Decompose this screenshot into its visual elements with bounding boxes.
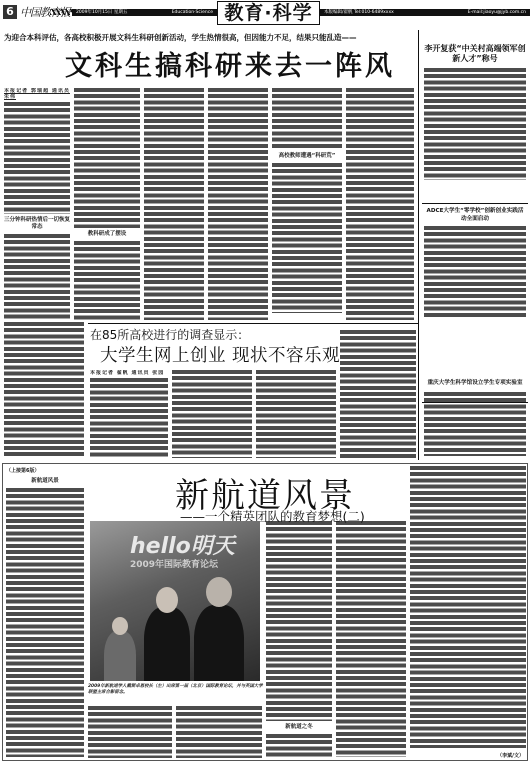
- survey-kicker: 在85所高校进行的调查显示：: [90, 326, 249, 343]
- body-text: [346, 88, 414, 320]
- feature-column-1: 新航道风景: [6, 475, 84, 757]
- survey-column-3: [256, 370, 336, 458]
- lead-column-4: [208, 88, 268, 320]
- photo-figure-right-man: [194, 605, 244, 681]
- editor-phone: 本版编辑/翟帆 Tel:010-6489xxxx: [324, 10, 394, 15]
- body-text: [424, 68, 526, 180]
- photo-head: [206, 577, 232, 607]
- survey-column-4: [340, 330, 416, 458]
- body-text: [6, 488, 84, 757]
- body-text: [172, 370, 252, 458]
- editor-email: E-mail:jiaoyu@jyb.com.cn: [468, 9, 526, 16]
- sidebar-story-3-title: 重庆大学生科学馆设立学生专项实验室: [424, 380, 526, 388]
- contact-bar: 本版编辑/翟帆 Tel:010-6489xxxx E-mail:jiaoyu@j…: [320, 9, 530, 16]
- feature-column-3: [176, 706, 262, 758]
- body-text: [340, 330, 416, 458]
- lead-column-5: 高校教师遭遇“科研荒”: [272, 88, 342, 320]
- photo-caption: 2009年新航道学人戴斯卓恩校长（左）出席第一届（北京）国际教育论坛，并与英国大…: [88, 684, 264, 696]
- sidebar-story-2-title: ADCE大学生“零学校”创新创业实践活动全面启动: [424, 208, 526, 223]
- body-text: [88, 706, 172, 758]
- body-text: [144, 88, 204, 320]
- body-text: [90, 378, 168, 458]
- sidebar-divider: [422, 203, 528, 204]
- feature-mid-subhead: 新航道之冬: [266, 724, 332, 731]
- lead-column-continued: [4, 322, 84, 458]
- survey-column-1: 本报记者 翟帆 通讯员 张园: [90, 370, 168, 458]
- lead-column-2: 教科研成了摆设: [74, 88, 140, 320]
- body-text: [424, 226, 526, 318]
- lead-column-6: [346, 88, 414, 320]
- body-text: [74, 88, 140, 228]
- survey-byline: 本报记者 翟帆 通讯员 张园: [90, 370, 168, 376]
- sidebar-story-3-body: [424, 392, 526, 456]
- body-text: [266, 521, 332, 721]
- feature-signoff: （李斌/文）: [497, 752, 524, 759]
- page-number: 6: [3, 5, 17, 19]
- photo-head: [156, 587, 178, 613]
- lead-subhead-3: 教科研成了摆设: [74, 231, 140, 238]
- survey-headline: 大学生网上创业 现状不容乐观: [100, 342, 340, 367]
- feature-column-2: [88, 706, 172, 758]
- survey-column-2: [172, 370, 252, 458]
- sidebar-story-1-body: [424, 68, 526, 180]
- lead-column-1: 本报记者 郭瑞超 通讯员 朱伟 三分钟科研热情后一切恢复常态: [4, 88, 70, 320]
- photo-figure-woman: [104, 631, 136, 681]
- feature-photo: hello明天 2009年国际教育论坛: [90, 521, 260, 681]
- survey-top-rule: [88, 323, 418, 324]
- series-tag: （上接第6版）: [6, 467, 39, 474]
- photo-banner: hello明天: [130, 529, 235, 560]
- photo-figure-left-man: [144, 607, 190, 681]
- lead-column-3: [144, 88, 204, 320]
- body-text: [424, 392, 526, 456]
- column-divider: [418, 30, 419, 460]
- body-text: [4, 322, 84, 458]
- body-text: [336, 521, 406, 757]
- photo-head: [112, 617, 128, 635]
- hatch-decoration: [50, 9, 72, 15]
- lead-kicker: 为迎合本科评估，各高校积极开展文科生科研创新活动，学生热情很高，但因能力不足，结…: [4, 32, 357, 43]
- feature-column-5: [336, 521, 406, 757]
- section-english: Education·Science: [172, 9, 213, 16]
- lead-subhead-2: 高校教师遭遇“科研荒”: [272, 153, 342, 160]
- lead-subhead-1: 三分钟科研热情后一切恢复常态: [4, 217, 70, 231]
- lead-headline: 文科生搞科研来去一阵风: [40, 44, 420, 83]
- date-bar: 2009年10月15日 星期五 Education·Science: [72, 9, 217, 16]
- sidebar-story-2-body: [424, 226, 526, 318]
- body-text: [272, 88, 342, 150]
- body-text: [208, 88, 268, 320]
- body-text: [272, 163, 342, 313]
- photo-banner-sub: 2009年国际教育论坛: [130, 557, 218, 570]
- body-text: [410, 466, 526, 748]
- body-text: [266, 734, 332, 757]
- feature-left-subhead: 新航道风景: [6, 478, 84, 485]
- body-text: [176, 706, 262, 758]
- lead-byline: 本报记者 郭瑞超 通讯员 朱伟: [4, 88, 70, 100]
- body-text: [74, 241, 140, 320]
- masthead: 6 中国教育报 2009年10月15日 星期五 Education·Scienc…: [0, 0, 530, 30]
- issue-date: 2009年10月15日 星期五: [76, 10, 127, 15]
- feature-column-6: [410, 466, 526, 748]
- body-text: [4, 234, 70, 320]
- feature-column-4: 新航道之冬: [266, 521, 332, 757]
- body-text: [4, 102, 70, 214]
- section-title: 教育·科学: [217, 1, 320, 25]
- sidebar-story-1-title: 李开复获“中关村高端领军创新人才”称号: [424, 44, 526, 64]
- body-text: [256, 370, 336, 458]
